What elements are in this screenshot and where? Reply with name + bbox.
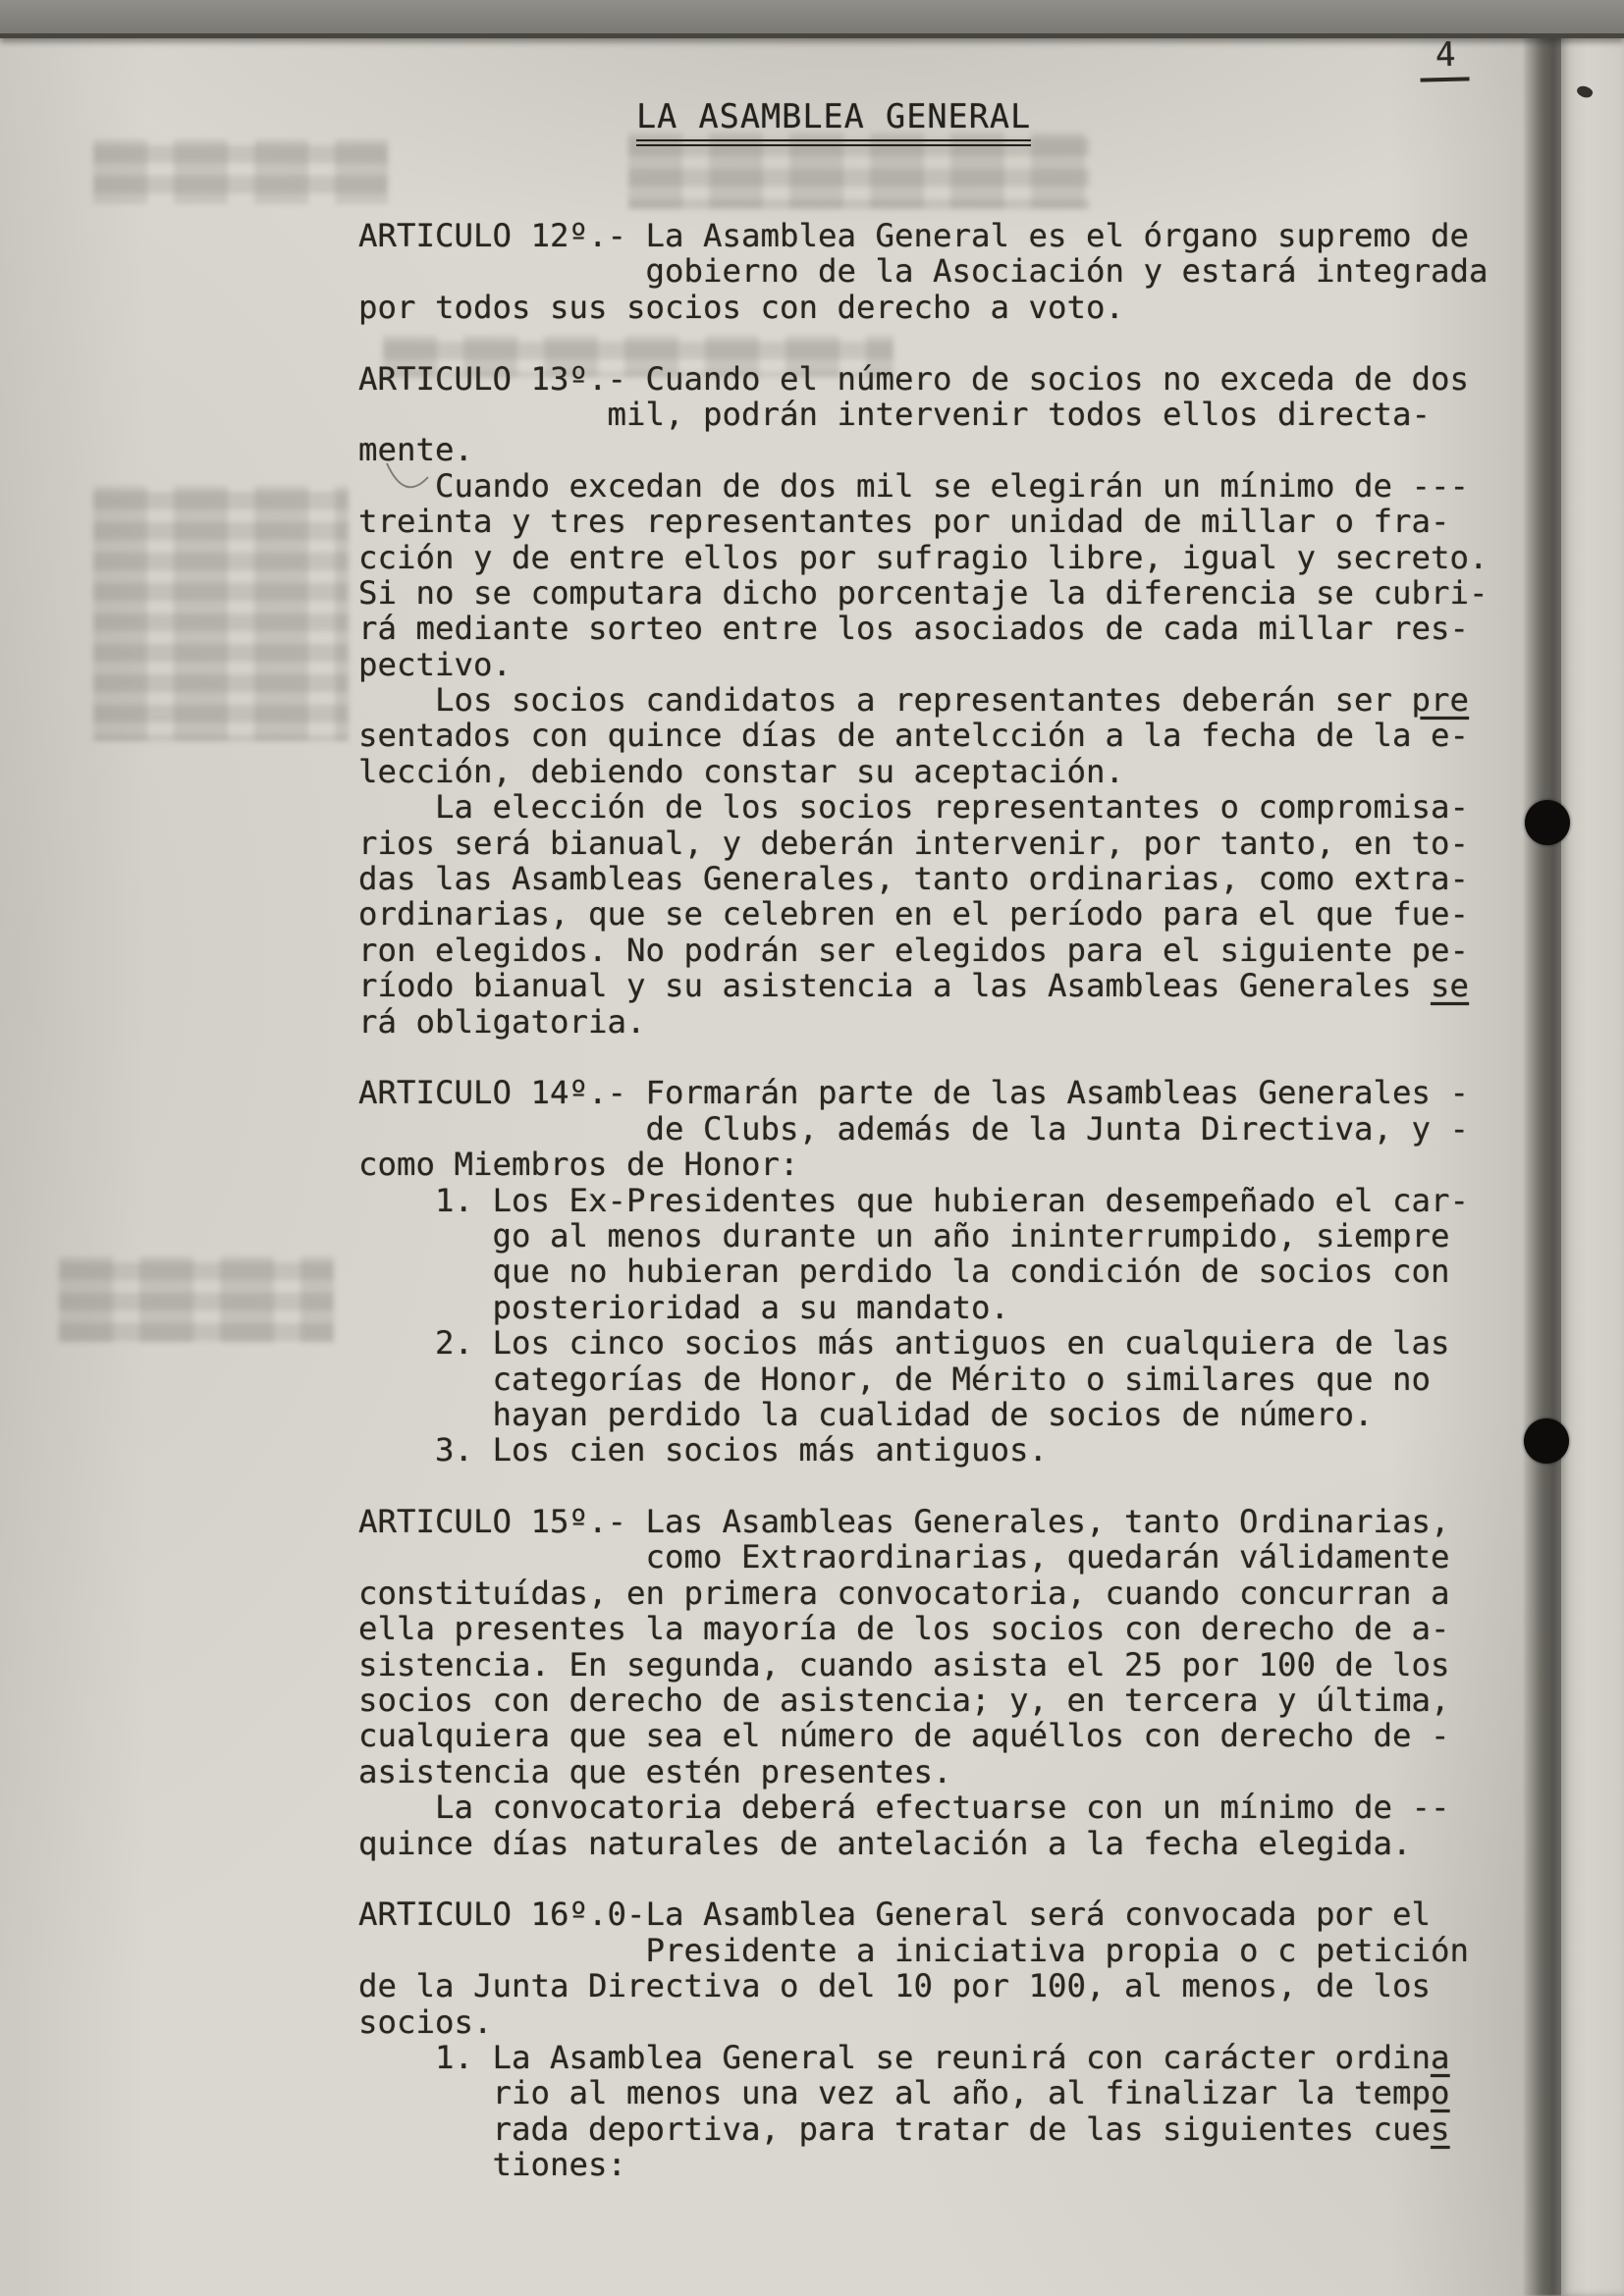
text-line: rá mediante sorteo entre los asociados d… xyxy=(358,611,1489,646)
text-line: ríodo bianual y su asistencia a las Asam… xyxy=(358,968,1489,1003)
text-line: que no hubieran perdido la condición de … xyxy=(358,1254,1489,1289)
text-line: de la Junta Directiva o del 10 por 100, … xyxy=(358,1968,1489,2003)
text-line: das las Asambleas Generales, tanto ordin… xyxy=(358,861,1489,896)
text-line: rá obligatoria. xyxy=(358,1004,1489,1040)
text-line: cualquiera que sea el número de aquéllos… xyxy=(358,1718,1489,1753)
text-line: categorías de Honor, de Mérito o similar… xyxy=(358,1362,1489,1397)
text-line: como Extraordinarias, quedarán válidamen… xyxy=(358,1539,1489,1575)
text-line: ella presentes la mayoría de los socios … xyxy=(358,1611,1489,1646)
text-line xyxy=(358,1468,1489,1504)
text-line: pectivo. xyxy=(358,647,1489,682)
text-line: 1. Los Ex-Presidentes que hubieran desem… xyxy=(358,1183,1489,1218)
text-line xyxy=(358,325,1489,360)
text-line: rio al menos una vez al año, al finaliza… xyxy=(358,2075,1489,2110)
ghost-text-smudge xyxy=(93,486,349,741)
text-line: tiones: xyxy=(358,2147,1489,2182)
text-line: constituídas, en primera convocatoria, c… xyxy=(358,1575,1489,1611)
text-line: ARTICULO 16º.0-La Asamblea General será … xyxy=(358,1896,1489,1932)
text-line: ARTICULO 13º.- Cuando el número de socio… xyxy=(358,361,1489,397)
text-line: 2. Los cinco socios más antiguos en cual… xyxy=(358,1325,1489,1361)
text-line: Los socios candidatos a representantes d… xyxy=(358,682,1489,718)
text-line: posterioridad a su mandato. xyxy=(358,1290,1489,1325)
text-line: go al menos durante un año ininterrumpid… xyxy=(358,1218,1489,1254)
text-line: socios. xyxy=(358,2004,1489,2040)
text-line xyxy=(358,1861,1489,1896)
text-line: ARTICULO 15º.- Las Asambleas Generales, … xyxy=(358,1504,1489,1539)
typed-text: ARTICULO 12º.- La Asamblea General es el… xyxy=(358,218,1489,2182)
text-line: mil, podrán intervenir todos ellos direc… xyxy=(358,397,1489,432)
text-line: como Miembros de Honor: xyxy=(358,1147,1489,1182)
ghost-text-smudge xyxy=(93,139,388,204)
text-line: cción y de entre ellos por sufragio libr… xyxy=(358,540,1489,575)
text-line: sistencia. En segunda, cuando asista el … xyxy=(358,1647,1489,1682)
text-line: lección, debiendo constar su aceptación. xyxy=(358,754,1489,789)
text-line: de Clubs, además de la Junta Directiva, … xyxy=(358,1111,1489,1147)
text-line: mente. xyxy=(358,432,1489,467)
text-line: socios con derecho de asistencia; y, en … xyxy=(358,1682,1489,1718)
text-line: 3. Los cien socios más antiguos. xyxy=(358,1432,1489,1468)
text-line: por todos sus socios con derecho a voto. xyxy=(358,290,1489,325)
page-binding-shadow xyxy=(1524,0,1563,2296)
text-line: hayan perdido la cualidad de socios de n… xyxy=(358,1397,1489,1432)
text-line: ron elegidos. No podrán ser elegidos par… xyxy=(358,933,1489,968)
text-line: ARTICULO 14º.- Formarán parte de las Asa… xyxy=(358,1075,1489,1110)
text-line: sentados con quince días de antelcción a… xyxy=(358,718,1489,753)
text-line: gobierno de la Asociación y estará integ… xyxy=(358,253,1489,289)
hole-punch-top xyxy=(1525,800,1570,845)
document-title: LA ASAMBLEA GENERAL xyxy=(636,97,1031,146)
stray-pen-mark xyxy=(381,459,440,508)
text-line: Si no se computara dicho porcentaje la d… xyxy=(358,575,1489,611)
page-number: 4 xyxy=(1419,34,1470,81)
scanner-edge-band xyxy=(0,0,1624,38)
text-line: Presidente a iniciativa propia o c petic… xyxy=(358,1933,1489,1968)
text-line: asistencia que estén presentes. xyxy=(358,1754,1489,1789)
text-line: ordinarias, que se celebren en el períod… xyxy=(358,896,1489,932)
next-page-edge xyxy=(1561,0,1624,2296)
ghost-text-smudge xyxy=(59,1256,334,1343)
text-line: rios será bianual, y deberán intervenir,… xyxy=(358,826,1489,861)
text-line: La convocatoria deberá efectuarse con un… xyxy=(358,1789,1489,1825)
text-line: quince días naturales de antelación a la… xyxy=(358,1826,1489,1861)
text-line xyxy=(358,1040,1489,1075)
text-line: 1. La Asamblea General se reunirá con ca… xyxy=(358,2040,1489,2075)
text-line: ARTICULO 12º.- La Asamblea General es el… xyxy=(358,218,1489,253)
hole-punch-bottom xyxy=(1524,1418,1569,1464)
text-line: Cuando excedan de dos mil se elegirán un… xyxy=(358,468,1489,504)
text-line: treinta y tres representantes por unidad… xyxy=(358,504,1489,539)
text-line: rada deportiva, para tratar de las sigui… xyxy=(358,2111,1489,2147)
text-line: La elección de los socios representantes… xyxy=(358,789,1489,825)
